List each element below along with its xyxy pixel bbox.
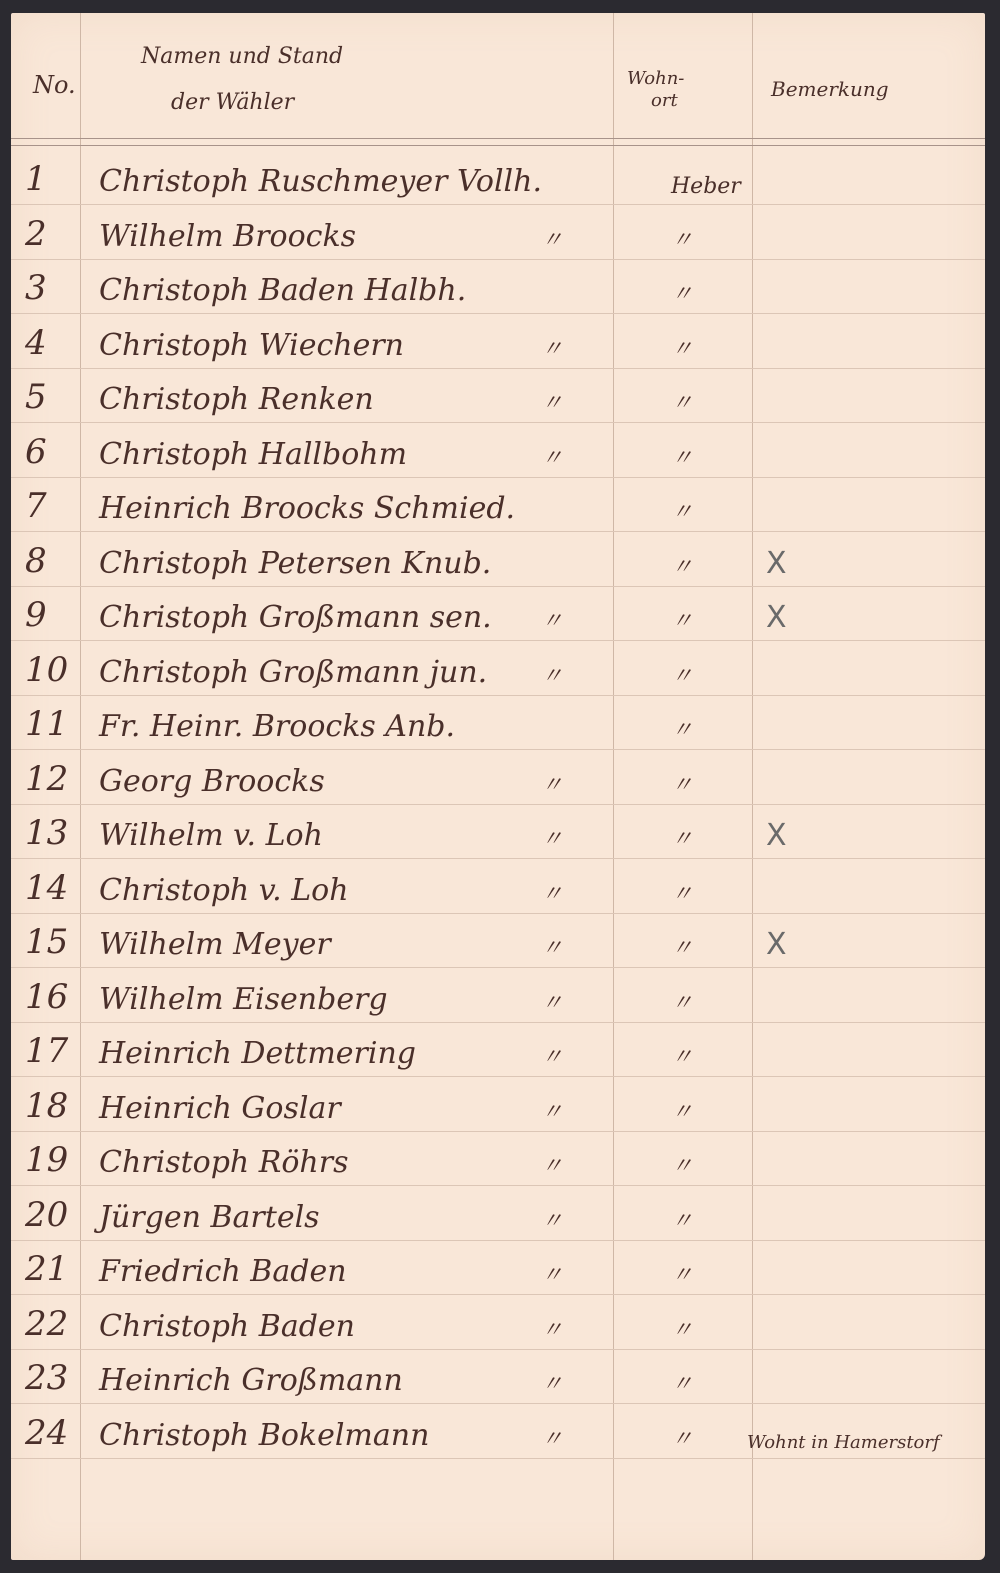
row-rule — [11, 368, 985, 369]
row-rule — [11, 1294, 985, 1295]
table-row: 10 Christoph Großmann jun. 〃 〃 — [11, 644, 985, 696]
voter-name: Christoph Hallbohm — [99, 437, 407, 472]
row-number: 8 — [25, 541, 85, 581]
voter-name: Christoph Renken — [99, 382, 374, 417]
row-rule — [11, 259, 985, 260]
table-row: 21 Friedrich Baden 〃 〃 — [11, 1243, 985, 1295]
row-number: 15 — [25, 922, 85, 962]
row-rule — [11, 204, 985, 205]
voter-name: Christoph Großmann jun. — [99, 655, 487, 690]
table-row: 12 Georg Broocks 〃 〃 — [11, 753, 985, 805]
voter-name: Christoph Röhrs — [99, 1145, 349, 1180]
residence: 〃 — [671, 822, 693, 853]
table-row: 24 Christoph Bokelmann 〃 〃 Wohnt in Hame… — [11, 1407, 985, 1459]
x-mark: X — [766, 818, 787, 853]
row-rule — [11, 804, 985, 805]
table-row: 20 Jürgen Bartels 〃 〃 — [11, 1189, 985, 1241]
header-name-line1: Namen und Stand — [141, 43, 343, 71]
header-name-line2: der Wähler — [171, 89, 294, 117]
row-rule — [11, 1403, 985, 1404]
residence: 〃 — [671, 1258, 693, 1289]
residence: 〃 — [671, 1422, 693, 1453]
row-rule — [11, 1458, 985, 1459]
voter-name: Heinrich Großmann — [99, 1363, 403, 1398]
ditto-mark: 〃 — [541, 1422, 563, 1453]
residence: 〃 — [671, 1149, 693, 1180]
header-rule — [11, 145, 985, 146]
residence: 〃 — [671, 550, 693, 581]
row-number: 7 — [25, 486, 85, 526]
row-rule — [11, 1131, 985, 1132]
voter-name: Wilhelm Broocks — [99, 219, 356, 254]
row-number: 11 — [25, 704, 85, 744]
residence: 〃 — [671, 332, 693, 363]
voter-name: Christoph Großmann sen. — [99, 600, 492, 635]
table-row: 8 Christoph Petersen Knub. 〃 X — [11, 535, 985, 587]
table-row: 5 Christoph Renken 〃 〃 — [11, 371, 985, 423]
row-rule — [11, 749, 985, 750]
row-rule — [11, 858, 985, 859]
residence: 〃 — [671, 1040, 693, 1071]
residence: 〃 — [671, 713, 693, 744]
voter-name: Heinrich Goslar — [99, 1091, 341, 1126]
row-number: 19 — [25, 1140, 85, 1180]
row-number: 3 — [25, 268, 85, 308]
ditto-mark: 〃 — [541, 1258, 563, 1289]
row-number: 22 — [25, 1304, 85, 1344]
row-rule — [11, 531, 985, 532]
ditto-mark: 〃 — [541, 1313, 563, 1344]
ditto-mark: 〃 — [541, 1149, 563, 1180]
row-rule — [11, 313, 985, 314]
ditto-mark: 〃 — [541, 1040, 563, 1071]
table-row: 23 Heinrich Großmann 〃 〃 — [11, 1352, 985, 1404]
table-row: 13 Wilhelm v. Loh 〃 〃 X — [11, 807, 985, 859]
row-number: 21 — [25, 1249, 85, 1289]
row-number: 13 — [25, 813, 85, 853]
table-row: 19 Christoph Röhrs 〃 〃 — [11, 1134, 985, 1186]
header-remark: Bemerkung — [771, 75, 889, 103]
voter-name: Christoph Bokelmann — [99, 1418, 429, 1453]
residence: 〃 — [671, 604, 693, 635]
residence: 〃 — [671, 877, 693, 908]
table-row: 15 Wilhelm Meyer 〃 〃 X — [11, 916, 985, 968]
row-number: 24 — [25, 1413, 85, 1453]
residence: 〃 — [671, 659, 693, 690]
ditto-mark: 〃 — [541, 332, 563, 363]
voter-name: Georg Broocks — [99, 764, 325, 799]
row-number: 10 — [25, 650, 85, 690]
ditto-mark: 〃 — [541, 604, 563, 635]
table-row: 17 Heinrich Dettmering 〃 〃 — [11, 1025, 985, 1077]
row-number: 20 — [25, 1195, 85, 1235]
voter-name: Christoph Wiechern — [99, 328, 404, 363]
ditto-mark: 〃 — [541, 877, 563, 908]
voter-name: Christoph Baden Halbh. — [99, 273, 466, 308]
residence: 〃 — [671, 1367, 693, 1398]
row-number: 9 — [25, 595, 85, 635]
voter-name: Jürgen Bartels — [99, 1200, 320, 1235]
voter-name: Fr. Heinr. Broocks Anb. — [99, 709, 455, 744]
residence: 〃 — [671, 1313, 693, 1344]
voter-name: Wilhelm Meyer — [99, 927, 331, 962]
row-rule — [11, 967, 985, 968]
voter-name: Wilhelm Eisenberg — [99, 982, 388, 1017]
ditto-mark: 〃 — [541, 1204, 563, 1235]
row-number: 2 — [25, 214, 85, 254]
ditto-mark: 〃 — [541, 441, 563, 472]
row-number: 14 — [25, 868, 85, 908]
residence: 〃 — [671, 931, 693, 962]
table-row: 3 Christoph Baden Halbh. 〃 — [11, 262, 985, 314]
table-row: 16 Wilhelm Eisenberg 〃 〃 — [11, 971, 985, 1023]
residence: 〃 — [671, 1204, 693, 1235]
row-number: 16 — [25, 977, 85, 1017]
row-rule — [11, 422, 985, 423]
voter-name: Christoph Ruschmeyer Vollh. — [99, 164, 542, 199]
row-number: 12 — [25, 759, 85, 799]
residence: 〃 — [671, 277, 693, 308]
ditto-mark: 〃 — [541, 931, 563, 962]
header-rule — [11, 138, 985, 139]
x-mark: X — [766, 927, 787, 962]
voter-name: Wilhelm v. Loh — [99, 818, 323, 853]
residence: 〃 — [671, 386, 693, 417]
ditto-mark: 〃 — [541, 1367, 563, 1398]
residence: 〃 — [671, 986, 693, 1017]
table-row: 6 Christoph Hallbohm 〃 〃 — [11, 426, 985, 478]
table-row: 11 Fr. Heinr. Broocks Anb. 〃 — [11, 698, 985, 750]
document-page: No. Namen und Stand der Wähler Wohn- ort… — [11, 13, 985, 1560]
row-rule — [11, 1349, 985, 1350]
voter-name: Christoph Petersen Knub. — [99, 546, 491, 581]
row-number: 4 — [25, 323, 85, 363]
table-row: 1 Christoph Ruschmeyer Vollh. Heber — [11, 153, 985, 205]
x-mark: X — [766, 600, 787, 635]
residence: 〃 — [671, 495, 693, 526]
ditto-mark: 〃 — [541, 659, 563, 690]
row-number: 17 — [25, 1031, 85, 1071]
row-rule — [11, 586, 985, 587]
row-number: 23 — [25, 1358, 85, 1398]
table-row: 4 Christoph Wiechern 〃 〃 — [11, 317, 985, 369]
residence: Heber — [671, 174, 741, 199]
table-row: 2 Wilhelm Broocks 〃 〃 — [11, 208, 985, 260]
row-rule — [11, 477, 985, 478]
residence: 〃 — [671, 441, 693, 472]
ditto-mark: 〃 — [541, 1095, 563, 1126]
header-number: No. — [33, 71, 76, 99]
row-number: 5 — [25, 377, 85, 417]
row-rule — [11, 1185, 985, 1186]
x-mark: X — [766, 546, 787, 581]
residence: 〃 — [671, 768, 693, 799]
ditto-mark: 〃 — [541, 768, 563, 799]
table-row: 7 Heinrich Broocks Schmied. 〃 — [11, 480, 985, 532]
voter-name: Friedrich Baden — [99, 1254, 347, 1289]
row-rule — [11, 1240, 985, 1241]
row-number: 6 — [25, 432, 85, 472]
table-row: 9 Christoph Großmann sen. 〃 〃 X — [11, 589, 985, 641]
table-row: 18 Heinrich Goslar 〃 〃 — [11, 1080, 985, 1132]
residence: 〃 — [671, 223, 693, 254]
table-row: 22 Christoph Baden 〃 〃 — [11, 1298, 985, 1350]
row-rule — [11, 913, 985, 914]
voter-name: Christoph v. Loh — [99, 873, 349, 908]
voter-name: Heinrich Dettmering — [99, 1036, 416, 1071]
residence: 〃 — [671, 1095, 693, 1126]
ditto-mark: 〃 — [541, 986, 563, 1017]
row-rule — [11, 1022, 985, 1023]
row-rule — [11, 695, 985, 696]
remark: Wohnt in Hamerstorf — [747, 1432, 940, 1453]
ditto-mark: 〃 — [541, 822, 563, 853]
ditto-mark: 〃 — [541, 386, 563, 417]
header-place-line2: ort — [651, 87, 678, 115]
row-number: 18 — [25, 1086, 85, 1126]
voter-name: Christoph Baden — [99, 1309, 355, 1344]
row-number: 1 — [25, 159, 85, 199]
table-row: 14 Christoph v. Loh 〃 〃 — [11, 862, 985, 914]
row-rule — [11, 1076, 985, 1077]
row-rule — [11, 640, 985, 641]
ditto-mark: 〃 — [541, 223, 563, 254]
voter-name: Heinrich Broocks Schmied. — [99, 491, 515, 526]
